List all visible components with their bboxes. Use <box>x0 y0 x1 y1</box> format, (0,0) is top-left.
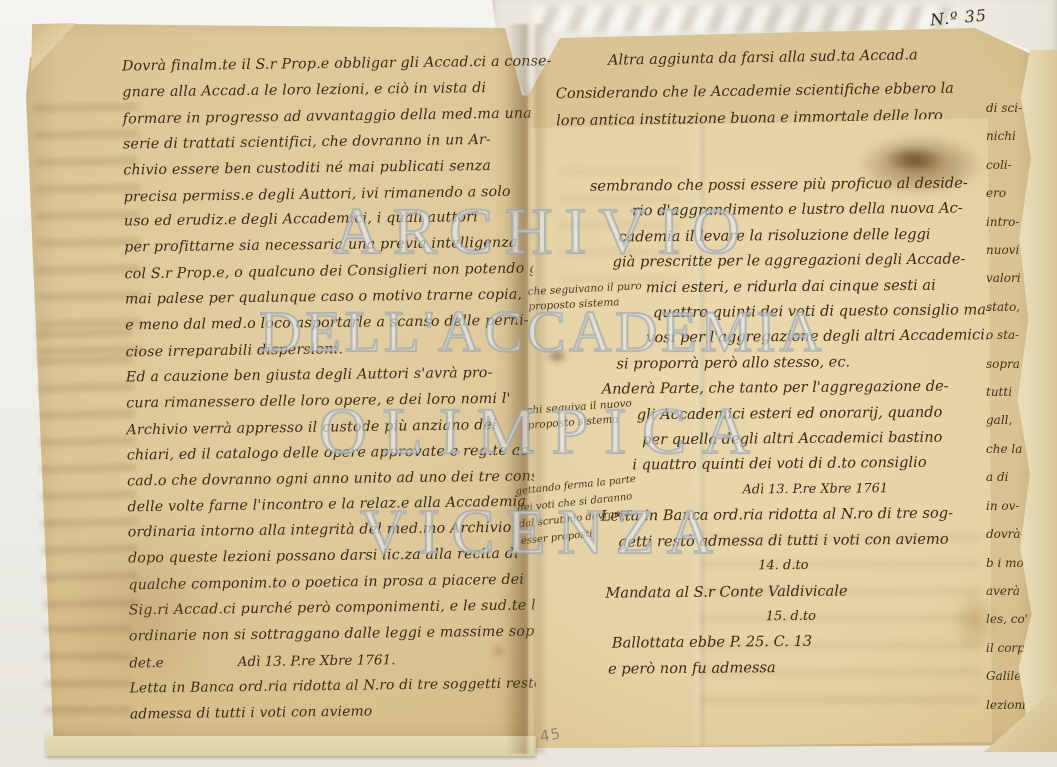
manuscript-line: Archivio verrà appresso il custode più a… <box>126 412 530 444</box>
manuscript-line: precisa permiss.e degli Auttori, ivi rim… <box>123 179 527 211</box>
manuscript-line: chivio essere ben custoditi né mai publi… <box>123 153 527 184</box>
manuscript-line: admessa di tutti i voti con aviemo <box>130 697 534 728</box>
paper-crease <box>532 6 952 32</box>
manuscript-line: si proporrà però allo stesso, ec. <box>616 348 991 377</box>
manuscript-line: Mandata al S.r Conte Valdivicale <box>605 577 993 606</box>
manuscript-line: getti restò admessa di tutti i voti con … <box>618 526 993 555</box>
manuscript-line: Letta in Banca ord.ria ridotta al N.ro d… <box>601 501 993 530</box>
manuscript-line: e però non fu admessa <box>608 653 994 682</box>
manuscript-line: Ballottata ebbe P. 25. C. 13 <box>612 628 994 657</box>
manuscript-line: gli Accademici esteri ed onorarij, quand… <box>637 399 992 428</box>
small-stain <box>546 348 568 364</box>
margin-note-3: gettando ferma la partedei voti che si d… <box>515 472 642 550</box>
manuscript-line: già prescritte per le aggregazioni degli… <box>612 246 990 275</box>
foxing-stain <box>60 520 230 700</box>
margin-note-1: che seguivano il puroproposto sistema <box>527 279 643 315</box>
underlying-page-edge-bottom <box>46 736 536 756</box>
small-stain <box>952 590 998 654</box>
pencil-page-number: 45 <box>539 724 563 745</box>
manuscript-line: quattro quinti dei voti di questo consig… <box>653 297 991 325</box>
manuscript-line: Adì 13. P.re Xbre 1761 <box>742 475 992 503</box>
manuscript-line: per quella degli altri Accademici bastin… <box>642 424 992 452</box>
right-page-text: sembrando che possi essere più proficuo … <box>590 170 994 682</box>
manuscript-line: i quattro quinti dei voti di d.to consig… <box>632 450 992 479</box>
manuscript-scan: N.º 35 Dovrà finalm.te il S.r Prop.e obb… <box>0 0 1057 767</box>
manuscript-line: formare in progresso ad avvantaggio dell… <box>123 101 527 133</box>
date-annotation: Adì 13. P.re Xbre 1761. <box>238 647 396 675</box>
manuscript-line: cademia il levare la risoluzione delle l… <box>618 221 990 250</box>
manuscript-line: vosi per l'aggregazione degli altri Acca… <box>646 323 991 351</box>
folio-number-annotation: N.º 35 <box>929 6 987 30</box>
small-stain <box>490 644 506 658</box>
manuscript-line: rio d'aggrandimento e lustro della nuova… <box>632 196 990 225</box>
ink-blot-stain <box>856 134 984 196</box>
manuscript-line: 14. d.to <box>758 551 993 578</box>
manuscript-line: mici esteri, e ridurla dai cinque sesti … <box>646 272 991 300</box>
manuscript-line: Anderà Parte, che tanto per l'aggregazio… <box>602 374 992 403</box>
